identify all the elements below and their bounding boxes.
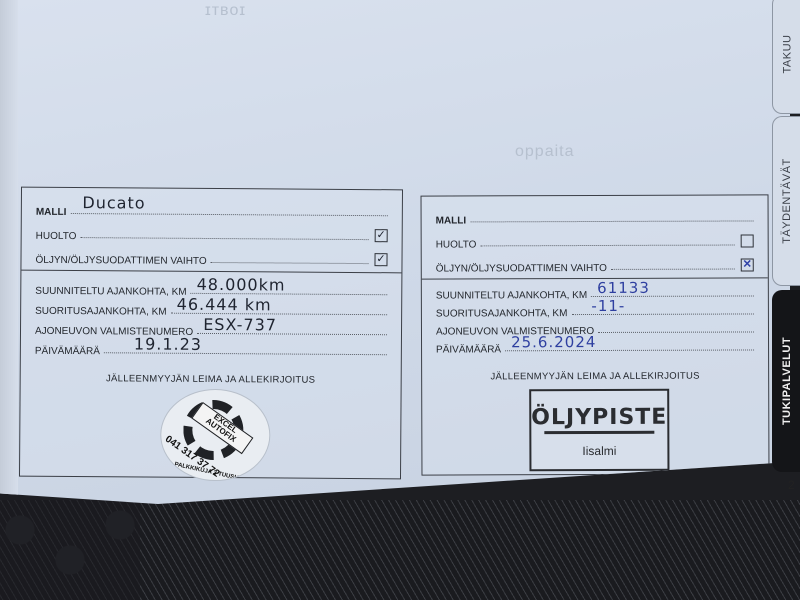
service-checkbox[interactable]: ✓: [375, 229, 388, 242]
stamp-city: Iisalmi: [531, 444, 667, 458]
oil-change-row: ÖLJYN/ÖLJYSUODATTIMEN VAIHTO ✕: [436, 249, 754, 274]
actual-km-value[interactable]: -11-: [591, 298, 625, 314]
date-value[interactable]: 25.6.2024: [511, 334, 596, 350]
tab-label: TÄYDENTÄVÄT: [781, 158, 793, 244]
model-row: MALLI Ducato: [36, 194, 388, 220]
service-entry-1: MALLI Ducato HUOLTO ✓ ÖLJYN/ÖLJYSUODATTI…: [19, 187, 403, 480]
oil-change-checkbox[interactable]: ✕: [741, 258, 754, 271]
ghost-print-mid: oppaita: [515, 143, 575, 161]
tab-tukipalvelut[interactable]: TUKIPALVELUT: [772, 290, 800, 472]
service-entry-2: MALLI HUOLTO ÖLJYN/ÖLJYSUODATTIMEN VAIHT…: [421, 194, 770, 475]
service-label: HUOLTO: [436, 239, 481, 250]
dealer-stamp-label: JÄLLEENMYYJÄN LEIMA JA ALLEKIRJOITUS: [35, 373, 387, 386]
model-value[interactable]: Ducato: [82, 195, 145, 211]
divider: [422, 277, 768, 279]
tab-label: TUKIPALVELUT: [781, 337, 793, 425]
section-tabs: TAKUU TÄYDENTÄVÄT TUKIPALVELUT: [772, 0, 800, 500]
car-seat-background: [0, 500, 800, 600]
ghost-print-top: ɪᴛʙᴏɪ: [205, 2, 246, 20]
model-label: MALLI: [436, 215, 471, 226]
page-edge: [0, 0, 18, 525]
planned-km-value[interactable]: 61133: [597, 280, 650, 296]
tab-takuu[interactable]: TAKUU: [772, 0, 800, 114]
oil-change-label: ÖLJYN/ÖLJYSUODATTIMEN VAIHTO: [35, 255, 210, 267]
actual-km-label: SUORITUSAJANKOHTA, KM: [436, 308, 572, 319]
planned-km-value[interactable]: 48.000km: [197, 277, 286, 294]
oil-change-label: ÖLJYN/ÖLJYSUODATTIMEN VAIHTO: [436, 263, 611, 275]
actual-km-value[interactable]: 46.444 km: [177, 297, 272, 314]
service-booklet-page: ɪᴛʙᴏɪ oppaita MALLI Ducato HUOLTO ✓ ÖLJY…: [0, 0, 790, 525]
dealer-stamp-rect: ÖLJYPISTE Iisalmi: [529, 389, 669, 471]
page-number: 2: [788, 478, 795, 492]
service-checkbox[interactable]: [741, 234, 754, 247]
vehicle-number-row: AJONEUVON VALMISTENUMERO ESX-737: [35, 317, 387, 339]
dealer-stamp-round: EXCEL AUTOFIX 041 317 37 72 PALKKIKUJA 3…: [160, 389, 271, 482]
date-label: PÄIVÄMÄÄRÄ: [436, 344, 505, 355]
actual-km-row: SUORITUSAJANKOHTA, KM -11-: [436, 300, 754, 319]
tab-label: TAKUU: [781, 35, 793, 74]
vehicle-number-value[interactable]: ESX-737: [203, 317, 277, 334]
date-label: PÄIVÄMÄÄRÄ: [35, 346, 104, 357]
date-row: PÄIVÄMÄÄRÄ 19.1.23: [35, 337, 387, 359]
stamp-underline: [544, 431, 654, 434]
service-row: HUOLTO ✓: [36, 218, 388, 244]
service-label: HUOLTO: [36, 231, 81, 242]
date-value[interactable]: 19.1.23: [134, 336, 202, 352]
date-row: PÄIVÄMÄÄRÄ 25.6.2024: [436, 336, 754, 355]
dealer-stamp-label: JÄLLEENMYYJÄN LEIMA JA ALLEKIRJOITUS: [436, 370, 754, 382]
model-label: MALLI: [36, 207, 71, 218]
planned-km-label: SUUNNITELTU AJANKOHTA, KM: [436, 290, 591, 302]
service-row: HUOLTO: [436, 225, 754, 250]
stamp-brand: ÖLJYPISTE: [531, 405, 667, 430]
oil-change-checkbox[interactable]: ✓: [374, 253, 387, 266]
model-row: MALLI: [436, 201, 754, 226]
tab-taydentavat[interactable]: TÄYDENTÄVÄT: [772, 116, 800, 286]
oil-change-row: ÖLJYN/ÖLJYSUODATTIMEN VAIHTO ✓: [35, 242, 387, 268]
